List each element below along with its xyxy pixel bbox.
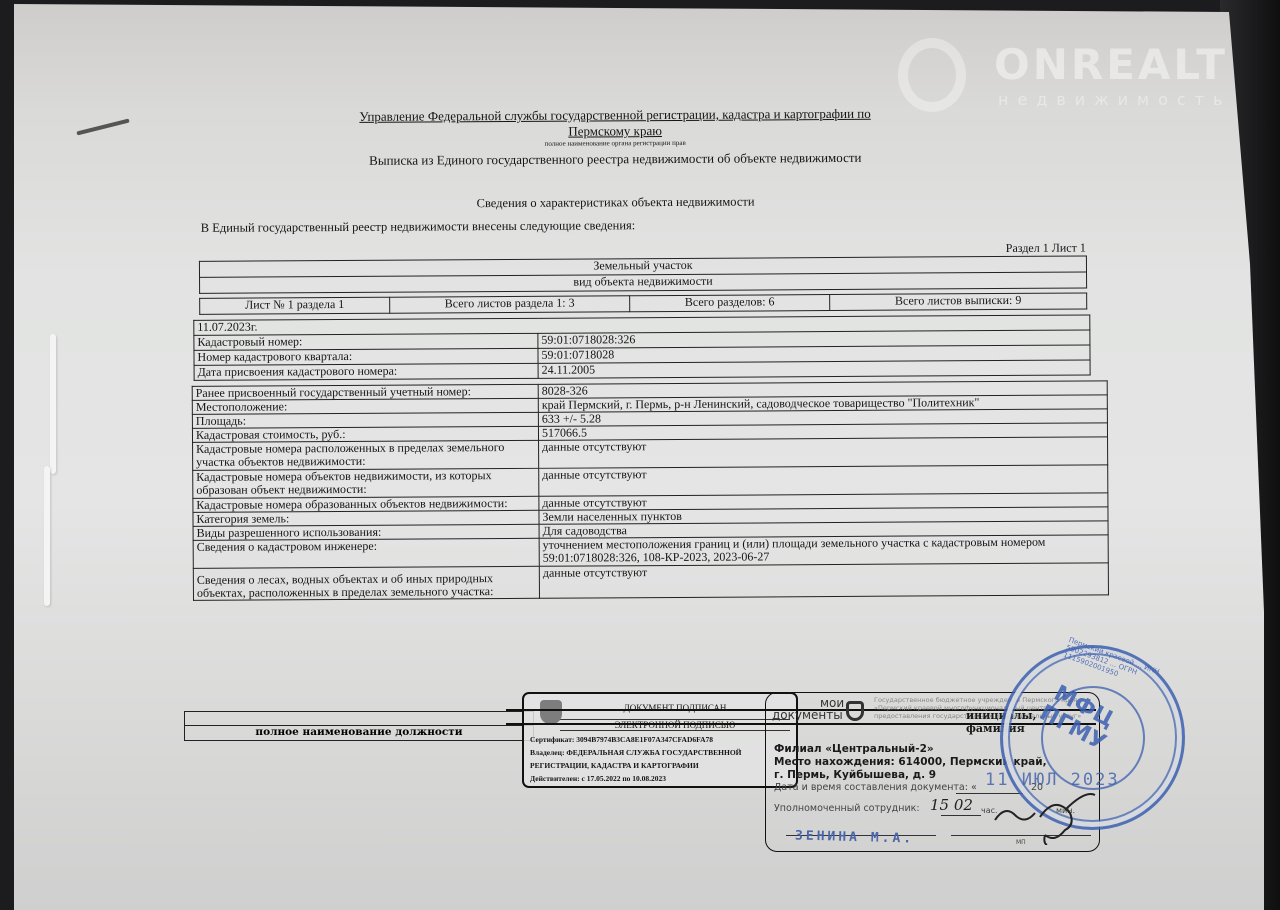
row-value: данные отсутствуют xyxy=(539,437,1108,468)
intro-text: В Единый государственный реестр недвижим… xyxy=(201,215,1111,236)
egrn-extract: Управление Федеральной службы государств… xyxy=(180,104,1113,601)
row-label: Дата присвоения кадастрового номера: xyxy=(194,363,538,380)
ecp-owner-2: РЕГИСТРАЦИИ, КАДАСТРА И КАРТОГРАФИИ xyxy=(530,761,790,770)
mfc-emblem-icon xyxy=(846,701,864,721)
watermark-logo: ONREALT недвижимость xyxy=(894,34,1254,114)
hour-field-line xyxy=(941,815,981,816)
row-value: данные отсутствуют xyxy=(539,465,1108,496)
ecp-electronic-line: ЭЛЕКТРОННОЙ ПОДПИСЬЮ xyxy=(560,719,790,731)
electronic-signature-stamp: ДОКУМЕНТ ПОДПИСАН ЭЛЕКТРОННОЙ ПОДПИСЬЮ С… xyxy=(522,692,798,788)
row-label: Кадастровые номера расположенных в преде… xyxy=(193,440,539,470)
staple-icon xyxy=(76,119,129,136)
my-documents-logo: мои документы xyxy=(772,697,844,721)
position-signature-block: полное наименование должности xyxy=(184,711,534,741)
section-title: Сведения о характеристиках объекта недви… xyxy=(331,194,901,212)
row-value: 24.11.2005 xyxy=(538,360,1090,378)
ecp-certificate: Сертификат: 3094B7974B3CA8E1F07A347CFAD6… xyxy=(530,735,790,744)
organization-name: Управление Федеральной службы государств… xyxy=(330,106,900,141)
employee-label: Уполномоченный сотрудник: xyxy=(774,803,920,814)
sheet-number: Лист № 1 раздела 1 xyxy=(200,297,390,314)
sections-total: Всего разделов: 6 xyxy=(630,295,830,312)
section-sheets-total: Всего листов раздела 1: 3 xyxy=(390,296,630,313)
document-date-label: Дата и время составления документа: « xyxy=(774,782,977,793)
row-label: Кадастровые номера объектов недвижимости… xyxy=(193,468,539,498)
table-row: Сведения о лесах, водных объектах и об и… xyxy=(193,563,1108,601)
position-caption: полное наименование должности xyxy=(184,726,534,741)
object-type-table: Земельный участок вид объекта недвижимос… xyxy=(199,255,1087,293)
characteristics-table: Ранее присвоенный государственный учетны… xyxy=(192,380,1109,601)
row-value: данные отсутствуют xyxy=(539,563,1108,598)
cadastral-info-table: 11.07.2023г. Кадастровый номер: 59:01:07… xyxy=(193,314,1090,380)
binding-thread-icon xyxy=(50,334,56,474)
extract-sheets-total: Всего листов выписки: 9 xyxy=(830,293,1087,311)
row-label: Кадастровые номера образованных объектов… xyxy=(193,496,539,512)
ecp-validity: Действителен: с 17.05.2022 по 10.08.2023 xyxy=(530,774,790,783)
handwritten-time: 15 02 xyxy=(930,796,973,814)
ecp-signed-line: ДОКУМЕНТ ПОДПИСАН xyxy=(560,703,790,713)
sheets-table: Лист № 1 раздела 1 Всего листов раздела … xyxy=(199,292,1087,314)
location-pin-house-icon xyxy=(898,38,966,112)
logo-text-bottom: документы xyxy=(772,709,844,721)
employee-name-stamp: ЗЕНИНА М.А. xyxy=(795,828,914,846)
row-label: Сведения о кадастровом инженере: xyxy=(193,538,539,568)
document-title: Выписка из Единого государственного реес… xyxy=(330,150,900,169)
ecp-owner-1: Владелец: ФЕДЕРАЛЬНАЯ СЛУЖБА ГОСУДАРСТВЕ… xyxy=(530,748,790,757)
handwritten-signature-icon xyxy=(985,785,1105,845)
position-field xyxy=(184,711,534,726)
binding-thread-icon xyxy=(44,466,50,606)
row-value: уточнением местоположения границ и (или)… xyxy=(539,535,1108,566)
coat-of-arms-icon xyxy=(540,700,562,724)
row-label: Сведения о лесах, водных объектах и об и… xyxy=(193,566,539,600)
watermark-brand: ONREALT xyxy=(994,40,1228,89)
